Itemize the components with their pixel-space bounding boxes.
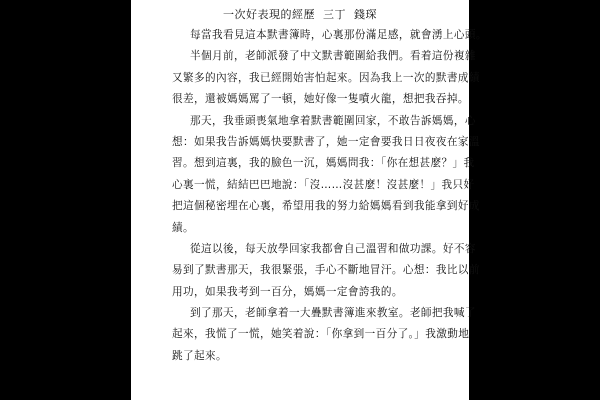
paragraph-3-line-6: 績。	[172, 218, 434, 239]
paragraph-3-line-5: 把這個秘密埋在心裏，希望用我的努力給媽媽看到我能拿到好成	[172, 196, 434, 217]
paragraph-3-line-2: 想：如果我告訴媽媽快要默書了，她一定會要我日日夜夜在家溫	[172, 132, 434, 153]
paragraph-2-line-3: 很差，還被媽媽罵了一頓，她好像一隻噴火龍，想把我吞掉。	[172, 89, 434, 110]
paragraph-2-line-1: 半個月前，老師派發了中文默書範圍給我們。看着這份複雜	[172, 46, 434, 67]
paragraph-3-line-3: 習。想到這裏，我的臉色一沉，媽媽問我：「你在想甚麼？」我	[172, 153, 434, 174]
paragraph-4-line-3: 用功，如果我考到一百分，媽媽一定會誇我的。	[172, 282, 434, 303]
paragraph-3-line-4: 心裏一慌，結結巴巴地說：「沒……沒甚麼！沒甚麼！」我只好	[172, 175, 434, 196]
paragraph-5-line-2: 起來，我慌了一慌，她笑着說：「你拿到一百分了。」我激動地	[172, 324, 434, 345]
author-class: 三丁	[323, 8, 346, 21]
paragraph-1-line-1: 每當我看見這本默書簿時，心裏那份滿足感，就會湧上心頭。	[172, 25, 434, 46]
author-name: 錢琛	[354, 8, 377, 21]
essay-title: 一次好表現的經歷	[223, 8, 315, 21]
paragraph-3-line-1: 那天，我垂頭喪氣地拿着默書範圍回家，不敢告訴媽媽，心	[172, 111, 434, 132]
paragraph-5-line-3: 跳了起來。	[172, 346, 434, 367]
paragraph-4-line-1: 從這以後，每天放學回家我都會自己溫習和做功課。好不容	[172, 239, 434, 260]
essay-body: 每當我看見這本默書簿時，心裏那份滿足感，就會湧上心頭。 半個月前，老師派發了中文…	[172, 25, 434, 367]
paragraph-2-line-2: 又繁多的內容，我已經開始害怕起來。因為我上一次的默書成績	[172, 68, 434, 89]
document-page: 一次好表現的經歷三丁錢琛 每當我看見這本默書簿時，心裏那份滿足感，就會湧上心頭。…	[131, 0, 469, 400]
paragraph-4-line-2: 易到了默書那天，我很緊張，手心不斷地冒汗。心想：我比以前	[172, 260, 434, 281]
essay-title-line: 一次好表現的經歷三丁錢琛	[131, 6, 469, 24]
paragraph-5-line-1: 到了那天，老師拿着一大疊默書簿進來教室。老師把我喊了	[172, 303, 434, 324]
